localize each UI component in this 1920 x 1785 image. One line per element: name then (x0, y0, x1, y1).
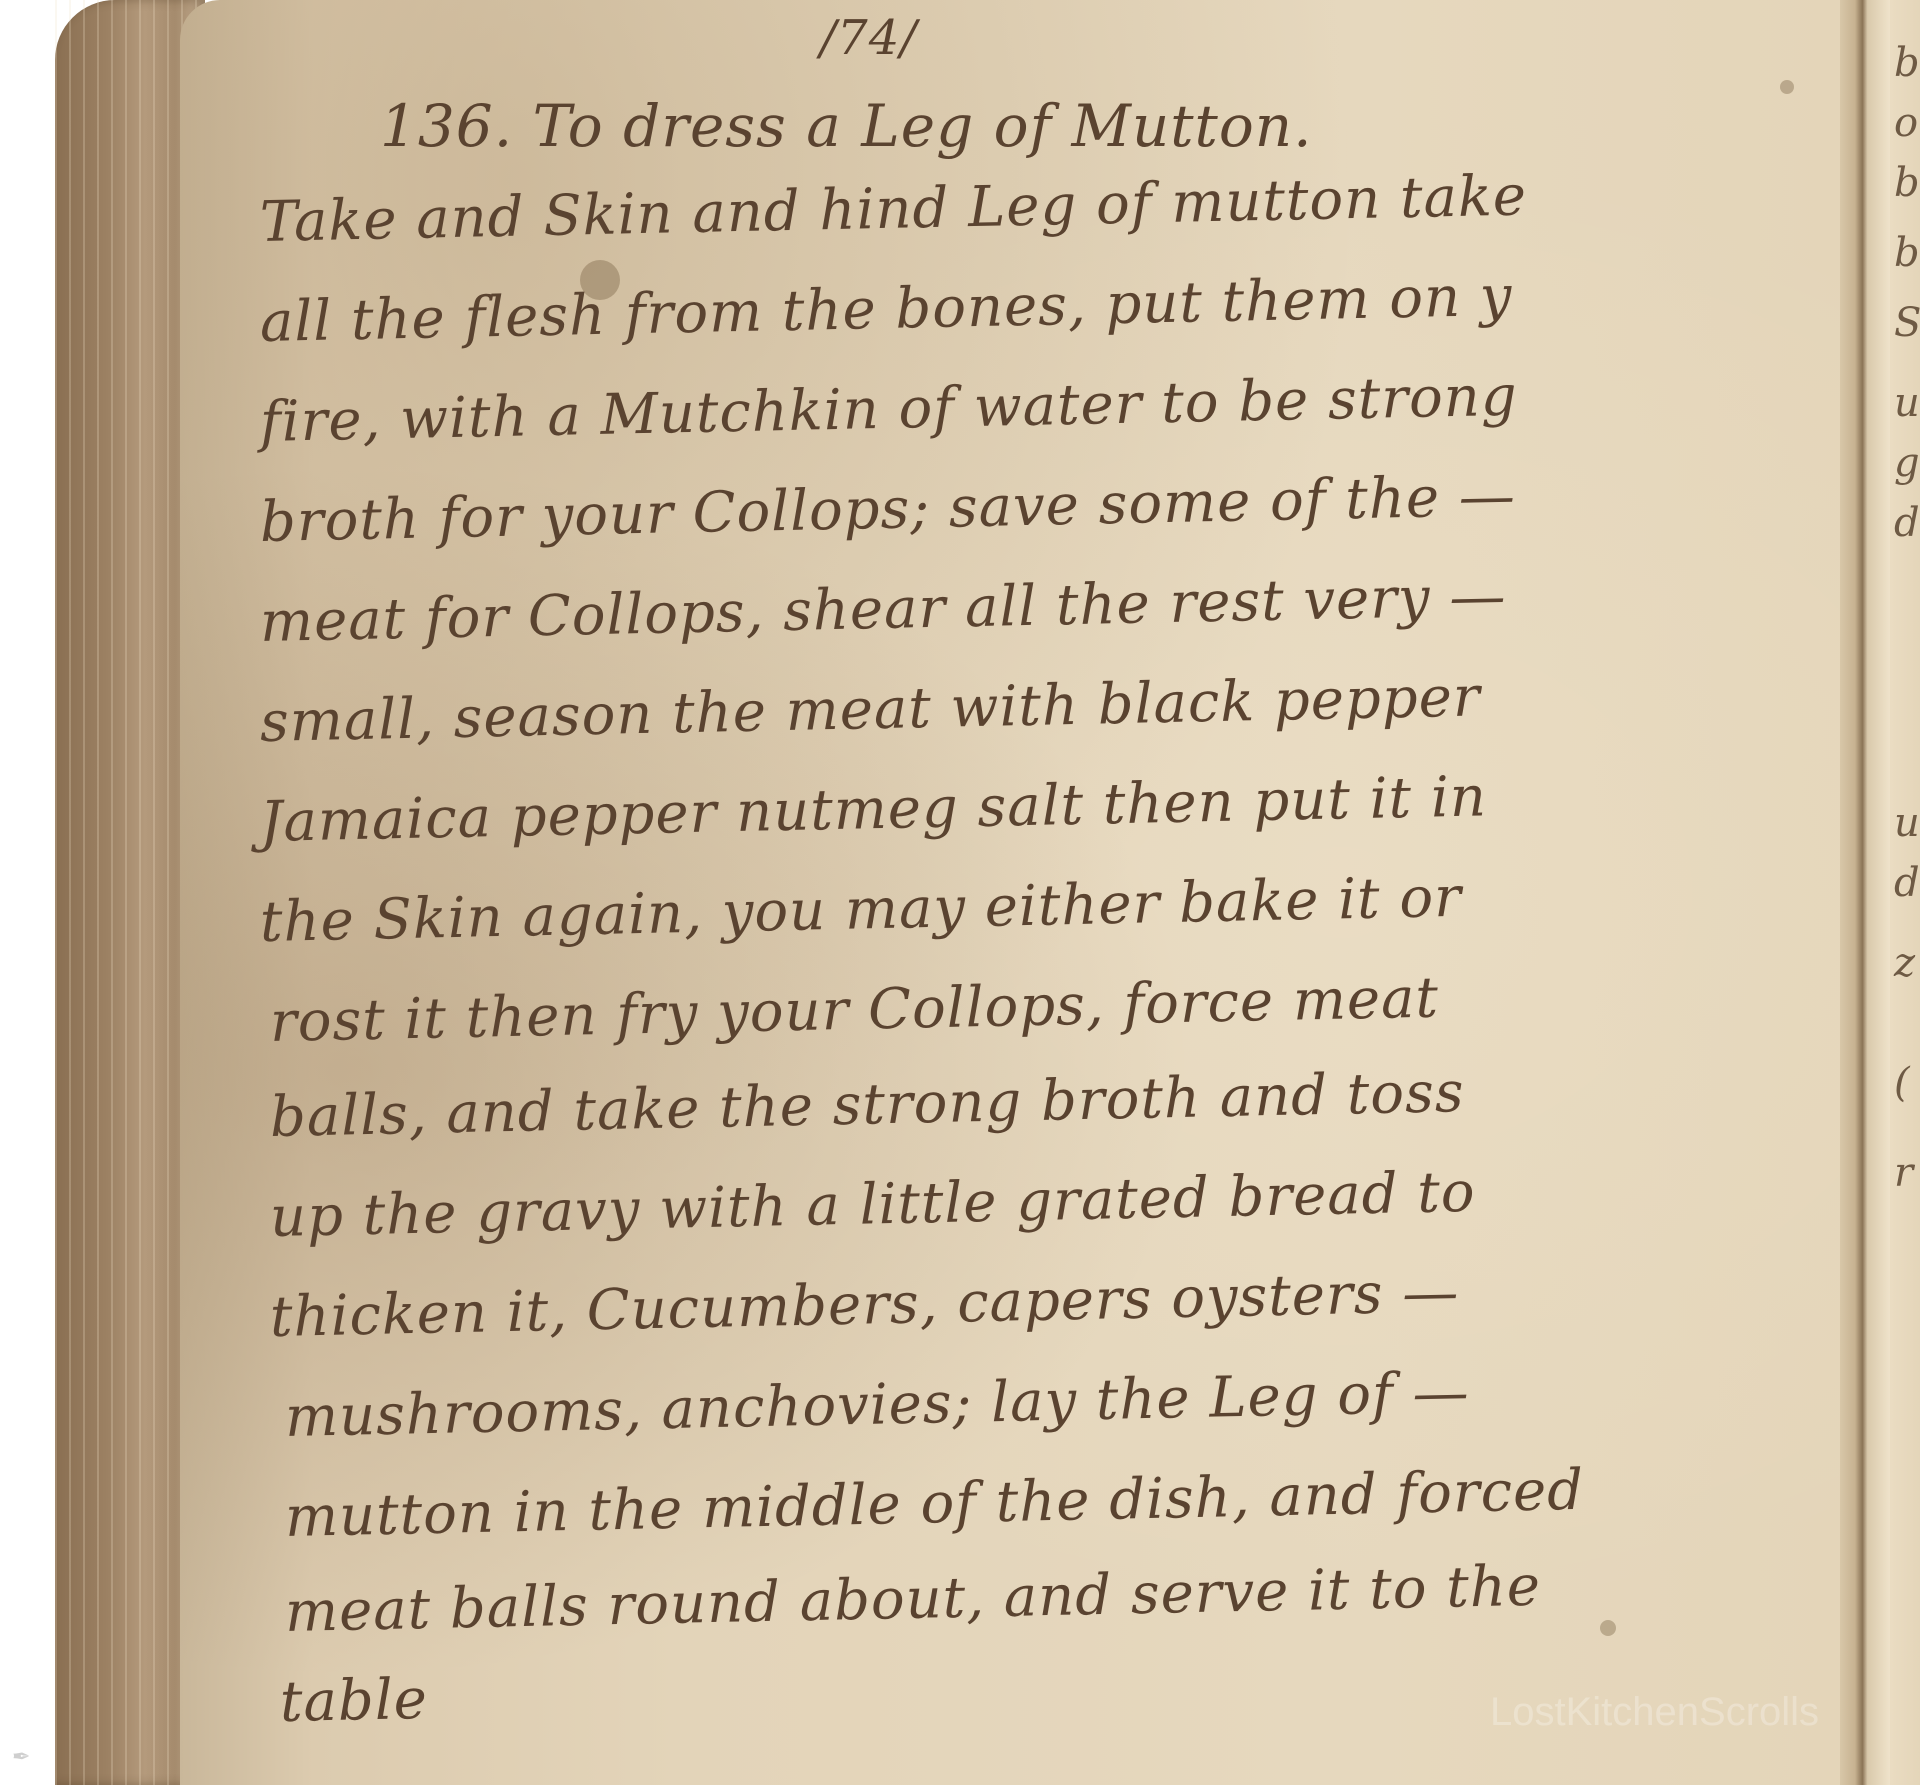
facing-text-fragment: ( (1894, 1060, 1910, 1106)
text-line: the Skin again, you may either bake it o… (259, 865, 1462, 955)
text-line: rost it then fry your Collops, force mea… (269, 966, 1439, 1055)
facing-text-fragment: Sm (1894, 300, 1920, 346)
recipe-heading: 136. To dress a Leg of Mutton. (380, 92, 1313, 160)
text-line: meat for Collops, shear all the rest ver… (259, 564, 1507, 655)
text-line: Take and Skin and hind Leg of mutton tak… (259, 163, 1527, 255)
text-line: table (279, 1667, 428, 1735)
facing-text-fragment: r (1894, 1150, 1913, 1196)
page-number: /74/ (820, 10, 917, 66)
recipe-number: 136. (380, 92, 513, 160)
text-line: up the gravy with a little grated bread … (269, 1160, 1476, 1250)
text-line: meat balls round about, and serve it to … (284, 1554, 1541, 1645)
facing-text-fragment: b (1894, 160, 1920, 206)
paper-stain (1600, 1620, 1616, 1636)
facing-page-edge: b or b b Sm u g d up d z g ( r (1890, 0, 1920, 1785)
facing-text-fragment: or (1894, 100, 1920, 146)
facing-text-fragment: b (1894, 40, 1920, 86)
watermark: LostKitchenScrolls (1490, 1690, 1819, 1735)
text-line: broth for your Collops; save some of the… (259, 464, 1516, 555)
text-line: small, season the meat with black pepper (259, 664, 1481, 755)
paper-stain (1780, 80, 1794, 94)
text-line: balls, and take the strong broth and tos… (269, 1060, 1465, 1150)
recipe-title: To dress a Leg of Mutton. (533, 92, 1313, 160)
facing-text-fragment: up (1894, 800, 1920, 846)
manuscript-scan: /74/ 136. To dress a Leg of Mutton. Take… (0, 0, 1920, 1785)
facing-text-fragment: u (1894, 380, 1920, 426)
text-line: fire, with a Mutchkin of water to be str… (259, 364, 1518, 455)
pen-nib-icon: ✒ (12, 1745, 40, 1773)
text-line: all the flesh from the bones, put them o… (259, 264, 1513, 355)
facing-text-fragment: d (1894, 500, 1920, 546)
facing-text-fragment: z g (1894, 940, 1920, 986)
left-page: /74/ 136. To dress a Leg of Mutton. Take… (180, 0, 1840, 1785)
facing-text-fragment: g (1894, 440, 1920, 486)
book-gutter (1840, 0, 1890, 1785)
text-line: mushrooms, anchovies; lay the Leg of — (284, 1360, 1470, 1450)
text-line: mutton in the middle of the dish, and fo… (284, 1458, 1584, 1550)
text-line: thicken it, Cucumbers, capers oysters — (269, 1260, 1460, 1350)
text-line: Jamaica pepper nutmeg salt then put it i… (259, 764, 1487, 855)
facing-text-fragment: d (1894, 860, 1920, 906)
facing-text-fragment: b (1894, 230, 1920, 276)
